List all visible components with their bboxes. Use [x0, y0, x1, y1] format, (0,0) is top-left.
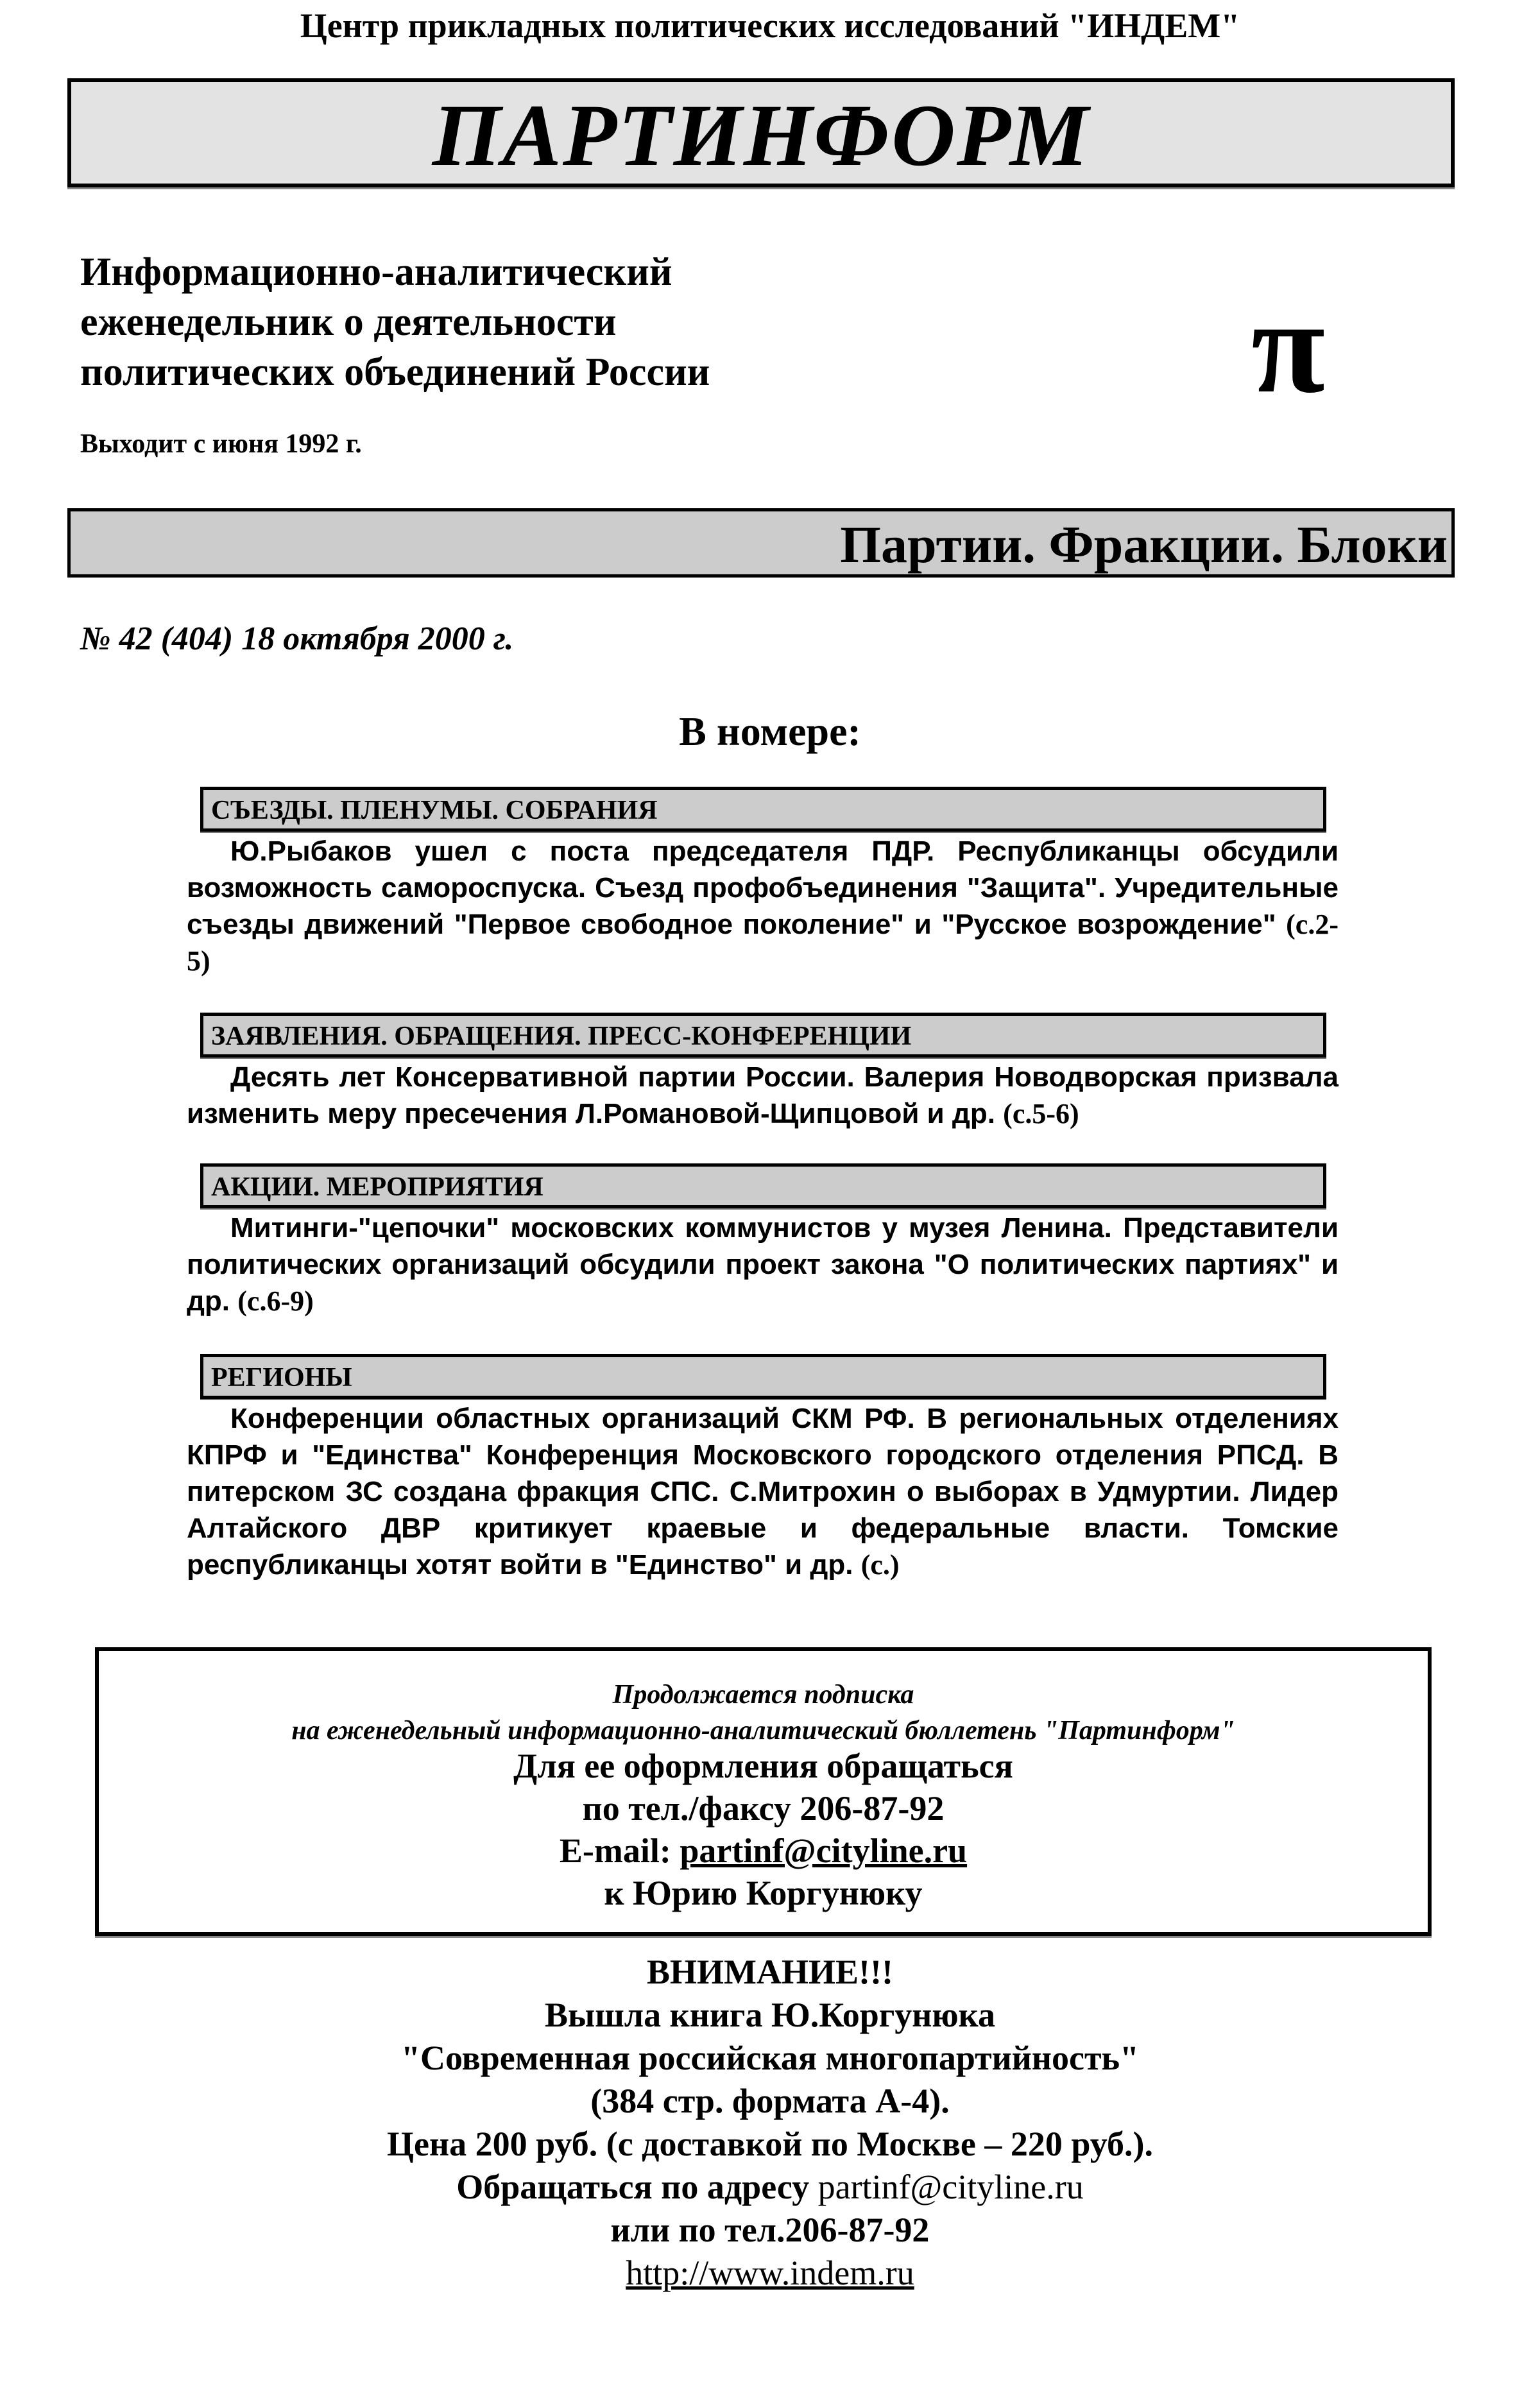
- pi-logo-icon: π: [1251, 282, 1325, 411]
- book-title: "Современная российская многопартийность…: [0, 2037, 1540, 2080]
- section-title: РЕГИОНЫ: [211, 1360, 352, 1396]
- book-announcement: ВНИМАНИЕ!!! Вышла книга Ю.Коргунюка "Сов…: [0, 1951, 1540, 2295]
- contact-email-link[interactable]: partinf@cityline.ru: [818, 2168, 1084, 2206]
- organization-name: Центр прикладных политических исследован…: [0, 5, 1540, 46]
- email-link[interactable]: partinf@cityline.ru: [680, 1831, 967, 1870]
- website-link[interactable]: http://www.indem.ru: [626, 2254, 914, 2292]
- announcement-contact: Обращаться по адресу partinf@cityline.ru: [0, 2166, 1540, 2209]
- subtitle-line: Информационно-аналитический: [80, 247, 710, 297]
- section-text: Конференции областных организаций СКМ РФ…: [187, 1403, 1339, 1581]
- publication-since: Выходит с июня 1992 г.: [80, 425, 362, 463]
- section-text: Ю.Рыбаков ушел с поста председателя ПДР.…: [187, 835, 1339, 940]
- section-title: ЗАЯВЛЕНИЯ. ОБРАЩЕНИЯ. ПРЕСС-КОНФЕРЕНЦИИ: [211, 1018, 911, 1054]
- subtitle-line: еженедельник о деятельности: [80, 297, 710, 347]
- issue-number-date: № 42 (404) 18 октября 2000 г.: [80, 618, 513, 660]
- subtitle-line: политических объединений России: [80, 347, 710, 397]
- subscription-box: Продолжается подписка на еженедельный ин…: [95, 1647, 1432, 1936]
- contact-label: Обращаться по адресу: [456, 2168, 817, 2206]
- section-text: Митинги-"цепочки" московских коммунистов…: [187, 1212, 1339, 1317]
- publication-title: ПАРТИНФОРМ: [71, 87, 1451, 184]
- announcement-line: Вышла книга Ю.Коргунюка: [0, 1994, 1540, 2037]
- contents-heading: В номере:: [0, 707, 1540, 756]
- announcement-heading: ВНИМАНИЕ!!!: [0, 1951, 1540, 1994]
- section-pages: (с.): [861, 1549, 900, 1581]
- series-banner: Партии. Фракции. Блоки: [67, 508, 1455, 578]
- section-pages: (с.5-6): [1003, 1098, 1079, 1129]
- section-header-statements: ЗАЯВЛЕНИЯ. ОБРАЩЕНИЯ. ПРЕСС-КОНФЕРЕНЦИИ: [200, 1013, 1326, 1058]
- section-header-congresses: СЪЕЗДЫ. ПЛЕНУМЫ. СОБРАНИЯ: [200, 787, 1326, 832]
- publication-subtitle: Информационно-аналитический еженедельник…: [80, 247, 710, 397]
- section-summary-regions: Конференции областных организаций СКМ РФ…: [187, 1400, 1339, 1583]
- email-label: E-mail:: [560, 1831, 680, 1870]
- subscription-phone: по тел./факсу 206-87-92: [99, 1787, 1428, 1829]
- section-summary-congresses: Ю.Рыбаков ушел с поста председателя ПДР.…: [187, 833, 1339, 979]
- section-summary-statements: Десять лет Консервативной партии России.…: [187, 1059, 1339, 1132]
- section-title: АКЦИИ. МЕРОПРИЯТИЯ: [211, 1169, 543, 1205]
- announcement-line: (384 стр. формата А-4).: [0, 2080, 1540, 2123]
- book-price: Цена 200 руб. (с доставкой по Москве – 2…: [0, 2123, 1540, 2166]
- subscription-line: Для ее оформления обращаться: [99, 1745, 1428, 1787]
- announcement-phone: или по тел.206-87-92: [0, 2209, 1540, 2252]
- subscription-contact: к Юрию Коргунюку: [99, 1872, 1428, 1914]
- subscription-line: на еженедельный информационно-аналитичес…: [99, 1713, 1428, 1749]
- subscription-line: Продолжается подписка: [99, 1677, 1428, 1713]
- subscription-email-row: E-mail: partinf@cityline.ru: [99, 1829, 1428, 1872]
- series-title: Партии. Фракции. Блоки: [840, 514, 1448, 576]
- section-summary-actions: Митинги-"цепочки" московских коммунистов…: [187, 1210, 1339, 1319]
- masthead-box: ПАРТИНФОРМ: [67, 78, 1455, 187]
- section-header-regions: РЕГИОНЫ: [200, 1354, 1326, 1399]
- section-text: Десять лет Консервативной партии России.…: [187, 1061, 1339, 1129]
- section-title: СЪЕЗДЫ. ПЛЕНУМЫ. СОБРАНИЯ: [211, 793, 658, 828]
- section-pages: (с.6-9): [237, 1285, 314, 1317]
- section-header-actions: АКЦИИ. МЕРОПРИЯТИЯ: [200, 1163, 1326, 1208]
